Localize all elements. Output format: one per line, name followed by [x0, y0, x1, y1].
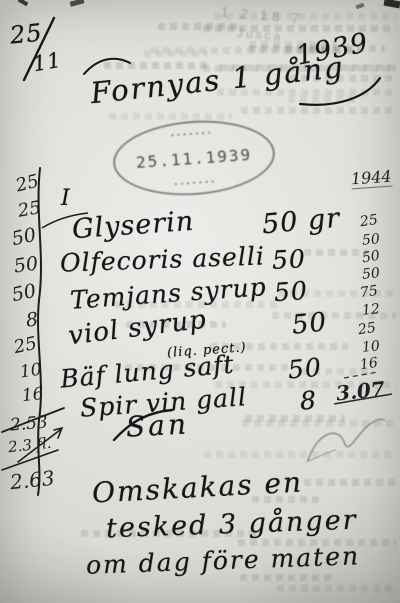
left-margin-value: 50: [10, 226, 38, 250]
right-margin-year: 1944: [350, 169, 392, 190]
item-qty: 50 gr: [261, 205, 341, 239]
instruction-line: tesked 3 gånger: [106, 507, 358, 543]
oval-stamp-arc-top: •••••••: [170, 128, 214, 141]
prescription-scan: 1 2 18 7 Jusca 25 11 1939 Fornyas 1 gång…: [0, 0, 400, 603]
bleedthrough-line: [240, 574, 333, 581]
left-margin-subtotal: 2.53: [9, 414, 48, 434]
left-margin-total: 2.63: [9, 468, 55, 493]
right-margin-value: 12: [361, 302, 380, 318]
oval-date-stamp: ••••••• 25.11.1939 •••••••: [111, 115, 278, 200]
bleedthrough-line: [304, 249, 367, 256]
right-margin-value: 10: [361, 339, 380, 355]
item-qty: 50: [273, 278, 308, 305]
left-margin-value: 16: [21, 386, 44, 405]
bleedthrough-line: [288, 96, 355, 103]
item-name: Glyserin: [71, 208, 195, 243]
left-margin-value: 25: [14, 172, 41, 195]
scan-artifact: [18, 0, 29, 6]
scan-artifact: [70, 0, 85, 7]
left-margin-value: 50: [13, 254, 40, 276]
bleedthrough-line: [241, 107, 396, 114]
item-name: Olfecoris aselli: [60, 243, 266, 275]
left-margin-value: 10: [19, 362, 43, 382]
scan-artifact: [384, 0, 400, 8]
bleedthrough-line: [304, 479, 396, 486]
right-margin-total: 3.07: [335, 379, 386, 404]
instruction-line: om dag före maten: [86, 543, 361, 578]
bleedthrough-line: [277, 585, 396, 592]
bleedthrough-line: [204, 451, 396, 458]
item-qty: 8: [299, 387, 318, 413]
bleedthrough-line: [109, 113, 232, 120]
right-margin-value: 50: [361, 266, 380, 282]
item-name: San: [125, 410, 189, 441]
left-margin-value: 50: [10, 282, 38, 306]
item-qty: 50: [271, 246, 306, 273]
bleedthrough-line: [144, 50, 208, 57]
bleedthrough-line: [242, 420, 396, 427]
right-margin-value: 16: [359, 356, 379, 372]
date-month: 11: [31, 50, 63, 76]
right-margin-value: 25: [359, 213, 379, 229]
scan-artifact: [356, 3, 365, 9]
right-margin-value: 50: [361, 232, 380, 248]
left-margin-value: 25: [12, 335, 38, 357]
right-margin-value: 50: [361, 249, 381, 266]
item-qty: 50: [291, 309, 329, 339]
left-margin-value: 25: [17, 199, 43, 221]
left-margin-value: 8: [25, 310, 39, 330]
date-day: 25: [9, 20, 44, 47]
item-qty: 50: [287, 355, 323, 383]
left-margin-note: 2.3 fl.: [7, 436, 52, 455]
right-margin-value: 75: [359, 284, 379, 300]
oval-stamp-arc-bottom: •••••••: [174, 176, 218, 189]
roman-numeral: I: [61, 188, 71, 210]
right-margin-value: 25: [357, 321, 377, 337]
oval-stamp-date: 25.11.1939: [135, 144, 252, 171]
